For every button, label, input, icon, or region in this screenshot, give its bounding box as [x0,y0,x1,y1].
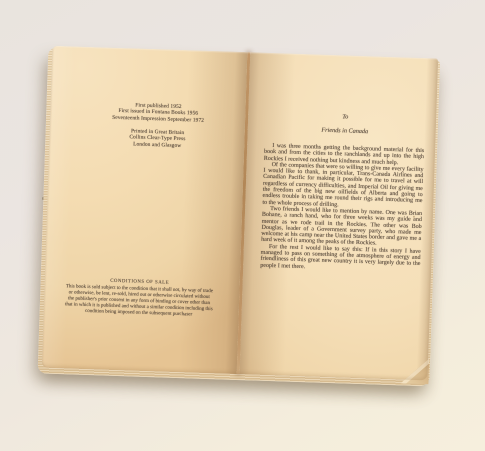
left-page: First published 1952 First issued in Fon… [42,46,248,374]
dedication-body: I was three months getting the backgroun… [260,143,424,274]
imprint-block: First published 1952 First issued in Fon… [80,101,237,125]
right-page: To Friends in Canada I was three months … [240,52,439,380]
page-speck [413,216,415,218]
open-book: First published 1952 First issued in Fon… [42,46,438,381]
dedication-paragraph: Of the companies that were so willing to… [262,162,423,211]
dedication-paragraph: For the rest I would like to say this: I… [260,243,421,273]
dedication-paragraph: Two friends I would like to mention by n… [261,206,422,249]
printer-block: Printed in Great Britain Collins Clear-T… [79,127,236,151]
conditions-of-sale-block: CONDITIONS OF SALE This book is sold sub… [65,277,214,318]
dedication-recipient: Friends in Canada [265,125,425,137]
conditions-text: This book is sold subject to the conditi… [65,284,214,319]
dog-ear-fold [400,357,429,384]
photo-background: First published 1952 First issued in Fon… [0,0,485,451]
book-spread: First published 1952 First issued in Fon… [42,46,438,381]
dedication-to: To [265,111,425,123]
dedication-heading: To Friends in Canada [265,111,426,137]
